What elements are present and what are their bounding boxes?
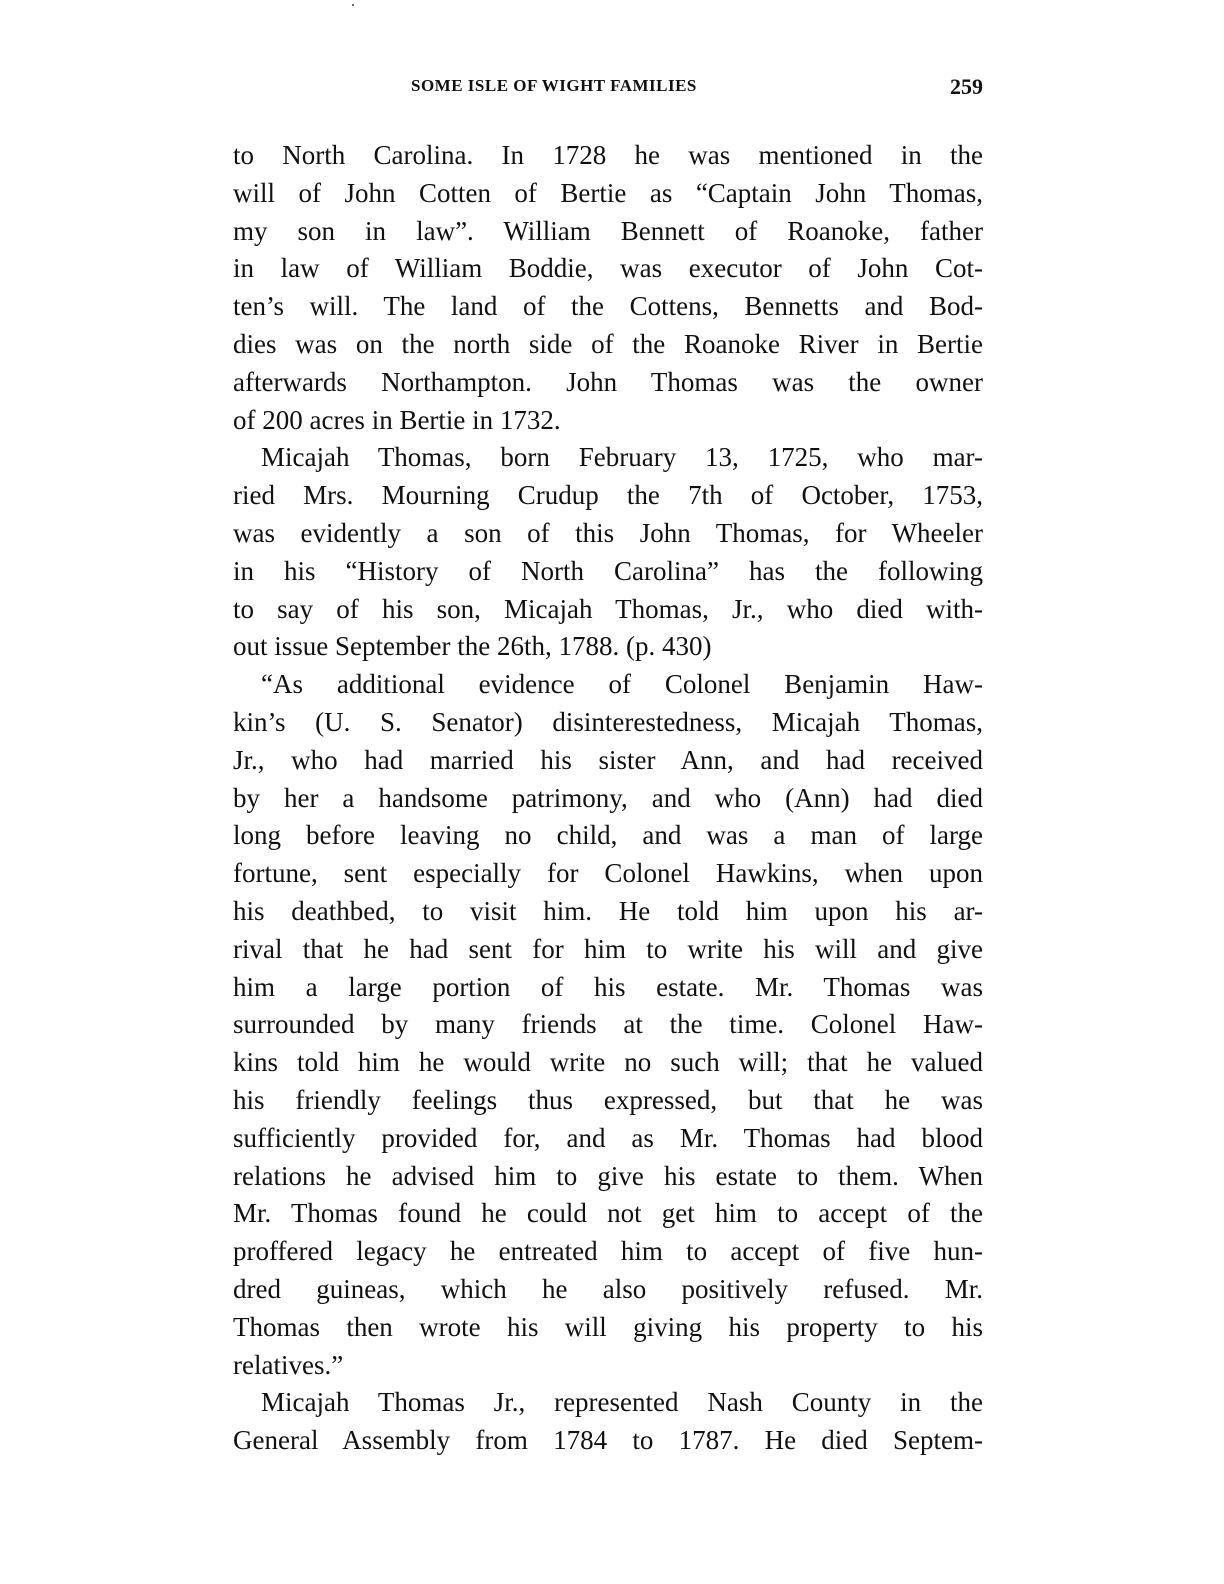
body-text: to North Carolina. In 1728 he was mentio… bbox=[233, 137, 983, 1460]
text-line: surrounded by many friends at the time. … bbox=[233, 1006, 983, 1044]
text-line: his friendly feelings thus expressed, bu… bbox=[233, 1082, 983, 1120]
text-line: to say of his son, Micajah Thomas, Jr., … bbox=[233, 591, 983, 629]
text-line: Jr., who had married his sister Ann, and… bbox=[233, 742, 983, 780]
text-line: rival that he had sent for him to write … bbox=[233, 931, 983, 969]
page-number: 259 bbox=[950, 74, 983, 100]
paragraph-1: to North Carolina. In 1728 he was mentio… bbox=[233, 137, 983, 439]
text-line: of 200 acres in Bertie in 1732. bbox=[233, 402, 983, 440]
paragraph-3-quotation: “As additional evidence of Colonel Benja… bbox=[233, 666, 983, 1384]
text-line: General Assembly from 1784 to 1787. He d… bbox=[233, 1422, 983, 1460]
text-line: my son in law”. William Bennett of Roano… bbox=[233, 213, 983, 251]
text-line: his deathbed, to visit him. He told him … bbox=[233, 893, 983, 931]
text-line: “As additional evidence of Colonel Benja… bbox=[233, 666, 983, 704]
text-line: out issue September the 26th, 1788. (p. … bbox=[233, 628, 983, 666]
text-line: kin’s (U. S. Senator) disinterestedness,… bbox=[233, 704, 983, 742]
text-line: dred guineas, which he also positively r… bbox=[233, 1271, 983, 1309]
text-line: was evidently a son of this John Thomas,… bbox=[233, 515, 983, 553]
paragraph-4: Micajah Thomas Jr., represented Nash Cou… bbox=[233, 1384, 983, 1460]
scan-speck bbox=[352, 4, 354, 6]
text-line: by her a handsome patrimony, and who (An… bbox=[233, 780, 983, 818]
text-line: ten’s will. The land of the Cottens, Ben… bbox=[233, 288, 983, 326]
text-line: ried Mrs. Mourning Crudup the 7th of Oct… bbox=[233, 477, 983, 515]
paragraph-2: Micajah Thomas, born February 13, 1725, … bbox=[233, 439, 983, 666]
text-line: to North Carolina. In 1728 he was mentio… bbox=[233, 137, 983, 175]
text-line: in his “History of North Carolina” has t… bbox=[233, 553, 983, 591]
text-line: him a large portion of his estate. Mr. T… bbox=[233, 969, 983, 1007]
text-line: Micajah Thomas Jr., represented Nash Cou… bbox=[233, 1384, 983, 1422]
text-line: kins told him he would write no such wil… bbox=[233, 1044, 983, 1082]
text-line: Mr. Thomas found he could not get him to… bbox=[233, 1195, 983, 1233]
running-title: SOME ISLE OF WIGHT FAMILIES bbox=[411, 76, 697, 96]
text-line: dies was on the north side of the Roanok… bbox=[233, 326, 983, 364]
text-line: relations he advised him to give his est… bbox=[233, 1158, 983, 1196]
text-line: long before leaving no child, and was a … bbox=[233, 817, 983, 855]
text-line: fortune, sent especially for Colonel Haw… bbox=[233, 855, 983, 893]
running-head: SOME ISLE OF WIGHT FAMILIES 259 bbox=[233, 76, 983, 100]
text-line: Thomas then wrote his will giving his pr… bbox=[233, 1309, 983, 1347]
text-line: proffered legacy he entreated him to acc… bbox=[233, 1233, 983, 1271]
text-line: afterwards Northampton. John Thomas was … bbox=[233, 364, 983, 402]
text-line: relatives.” bbox=[233, 1347, 983, 1385]
text-line: in law of William Boddie, was executor o… bbox=[233, 250, 983, 288]
text-line: will of John Cotten of Bertie as “Captai… bbox=[233, 175, 983, 213]
text-line: sufficiently provided for, and as Mr. Th… bbox=[233, 1120, 983, 1158]
text-line: Micajah Thomas, born February 13, 1725, … bbox=[233, 439, 983, 477]
